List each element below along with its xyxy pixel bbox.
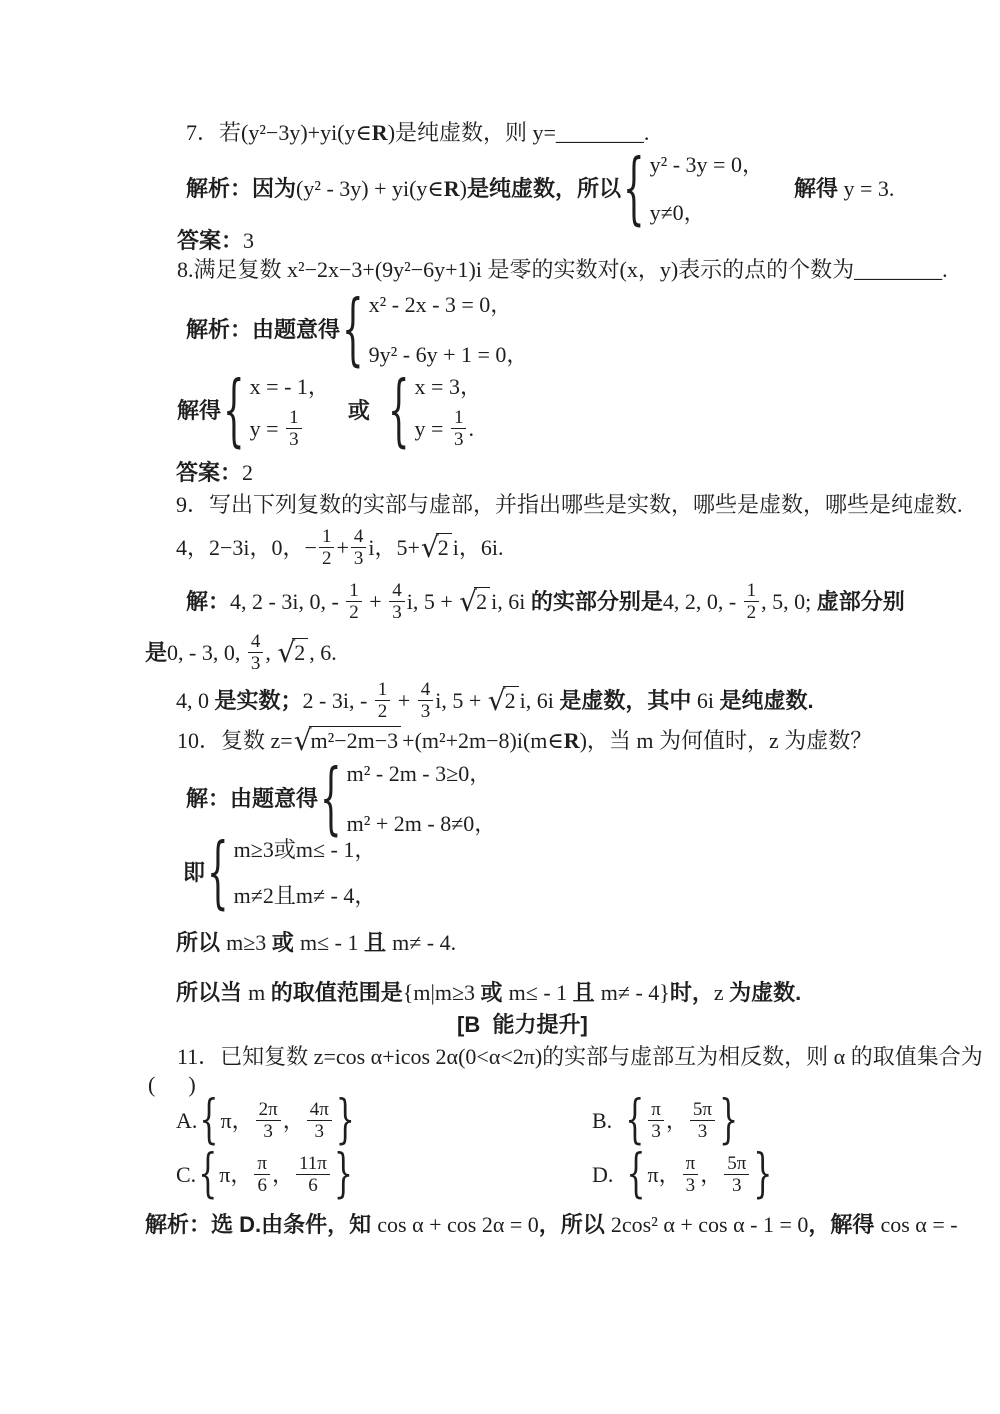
fraction-numerator: π [683,1153,699,1175]
text-segment: m≥3 [226,928,272,958]
text-segment: m [248,978,271,1008]
fraction-numerator: 1 [451,407,467,429]
fraction-numerator: 11π [296,1153,330,1175]
fraction-denominator: 3 [683,1175,699,1196]
text-run: 解得 y = 3. [794,174,894,204]
option-set: { π， π 6 ， 11π 6 } [196,1153,355,1196]
problem8-analysis: 解析：由题意得 { x² - 2x - 3 = 0， 9y² - 6y + 1 … [186,290,530,370]
left-brace-icon: { [198,1148,217,1201]
text-segment: 解： [186,587,230,617]
text-segment: 4, 2 - 3i, 0, - [230,587,344,617]
fraction: 4π 3 [307,1099,332,1142]
text-segment: 或 [272,928,300,958]
text-segment: 解析：因为 [186,174,296,204]
text-segment: 2cos² α + cos α - 1 = 0 [611,1210,808,1240]
problem9-solution-line1: 解：4, 2 - 3i, 0, - 1 2 + 4 3 i, 5 + √ 2 i… [186,580,905,623]
text-segment: {m|m≥3 [403,978,481,1008]
text-segment: 是纯虚数，所以 [467,174,621,204]
text-segment: + [392,686,415,716]
sqrt-radical: √ m²−2m−3 [294,726,401,756]
left-brace-icon: { [625,1094,644,1147]
problem10-question: 10．复数 z= √ m²−2m−3 +(m²+2m−8)i(m∈R)，当 m … [177,726,872,756]
text-segment: 11．已知复数 z=cos α+icos 2α(0<α<2π)的实部与虚部互为相… [177,1042,983,1072]
text-segment: y = [250,414,284,444]
text-run: 11．已知复数 z=cos α+icos 2α(0<α<2π)的实部与虚部互为相… [177,1042,983,1072]
text-segment: i，5+ [368,533,420,563]
text-segment: 是虚数，其中 [559,686,691,716]
fraction: 1 3 [451,407,467,450]
fraction-numerator: 4 [248,631,264,653]
text-run: 解：4, 2 - 3i, 0, - [186,587,344,617]
set-item: π， [647,1160,680,1190]
problem7-question: 7．若(y²−3y)+yi(y∈R)是纯虚数，则 y=________. [186,118,649,148]
text-segment: 解析：由题意得 [186,315,340,345]
problem9-question: 9．写出下列复数的实部与虚部，并指出哪些是实数，哪些是虚数，哪些是纯虚数. [176,490,963,520]
text-segment: , 6. [309,638,337,668]
system-rows: x² - 2x - 3 = 0， 9y² - 6y + 1 = 0， [369,290,529,370]
fraction-denominator: 2 [319,548,335,569]
text-segment: R [444,174,460,204]
right-brace-icon: } [334,1148,353,1201]
fraction-denominator: 6 [305,1175,321,1196]
text-segment: (y² - 3y) + yi(y∈ [296,174,444,204]
fraction-denominator: 3 [351,548,367,569]
text-segment: 即 [183,858,205,888]
equation-system: { y² - 3y = 0， y≠0， [623,150,764,228]
set-item: π， [219,1160,252,1190]
equation-system: { x = - 1， y = 1 3 [223,372,330,450]
left-brace-icon: { [342,291,364,369]
text-segment: [B 能力提升] [457,1010,588,1040]
problem10-conclusion2: 所以当 m 的取值范围是{m|m≥3 或 m≤ - 1 且 m≠ - 4}时，z… [176,978,801,1008]
option-set: { π， 2π 3 ， 4π 3 } [197,1099,357,1142]
fraction-denominator: 2 [346,602,362,623]
radicand: m²−2m−3 [309,726,402,756]
fraction: 11π 6 [296,1153,330,1196]
fraction-numerator: 1 [375,679,391,701]
left-brace-icon: { [223,372,245,450]
equation: x = 3， [415,372,482,402]
problem9-list: 4，2−3i，0，− 1 2 + 4 3 i，5+ √ 2 i，6i. [176,526,503,569]
text-segment: m≤ - 1 [300,928,364,958]
fraction: 4 3 [248,631,264,674]
system-rows: x = 3， y = 1 3 . [415,372,482,450]
fraction-denominator: 3 [389,602,405,623]
set-separator: ， [700,1160,722,1190]
text-segment: i, 6i [491,587,531,617]
equation: m≥3或m≤ - 1， [234,835,377,865]
sqrt-radical: √ 2 [488,686,519,716]
text-run: +(m²+2m−8)i(m∈R)，当 m 为何值时，z 为虚数？ [402,726,872,756]
fraction-denominator: 3 [312,1121,328,1142]
problem9-solution-line2: 是0, - 3, 0, 4 3 , √ 2 , 6. [145,631,337,674]
sqrt-radical: √ 2 [459,587,490,617]
text-run: 8.满足复数 x²−2x−3+(9y²−6y+1)i 是零的实数对(x，y)表示… [177,255,948,285]
right-brace-icon: } [336,1094,355,1147]
fraction-numerator: 5π [724,1153,749,1175]
text-run: ( ) [148,1070,196,1100]
text-segment: 8.满足复数 x²−2x−3+(9y²−6y+1)i 是零的实数对(x，y)表示… [177,255,948,285]
problem10-conclusion1: 所以 m≥3 或 m≤ - 1 且 m≠ - 4. [176,928,456,958]
option-label: A. [176,1106,197,1136]
text-segment: R [372,118,388,148]
fraction-denominator: 3 [451,429,467,450]
text-segment: +(m²+2m−8)i(m∈ [402,726,564,756]
problem8-solution: 解得 { x = - 1， y = 1 3 或 { x = 3， y = [177,372,484,450]
text-run: 即 [183,858,205,888]
fraction: π 6 [254,1153,270,1196]
option-set: { π， π 3 ， 5π 3 } [624,1153,774,1196]
problem7-answer: 答案：3 [177,226,254,256]
fraction: 1 2 [744,580,760,623]
fraction-denominator: 3 [286,429,302,450]
text-segment: 时， [670,978,714,1008]
right-brace-icon: } [753,1148,772,1201]
fraction-numerator: 4 [418,679,434,701]
text-segment: m≠ - 4} [601,978,670,1008]
set-separator: ， [666,1106,688,1136]
fraction-denominator: 6 [254,1175,270,1196]
text-segment: ) [460,174,467,204]
left-brace-icon: { [626,1148,645,1201]
text-segment: m≠ - 4. [392,928,456,958]
text-segment: , 5, 0; [761,587,817,617]
left-brace-icon: { [207,834,229,912]
text-segment: y = [415,414,449,444]
text-run: [B 能力提升] [457,1010,588,1040]
text-run: i, 6i 的实部分别是4, 2, 0, - [491,587,742,617]
text-segment: 且 [364,928,392,958]
or-connector: 或 [348,396,370,426]
text-segment: 为虚数. [729,978,801,1008]
text-segment: )是纯虚数，则 y=________. [388,118,650,148]
radicand: 2 [436,533,452,563]
text-segment: ，解得 [808,1210,880,1240]
text-segment: cos α = - [880,1210,957,1240]
fraction-denominator: 3 [695,1121,711,1142]
text-run: 解得 [177,396,221,426]
option-set: { π 3 ， 5π 3 } [623,1099,740,1142]
text-segment: i，6i. [453,533,504,563]
text-segment: m≤ - 1 [509,978,573,1008]
text-segment: 的取值范围是 [271,978,403,1008]
equation: x² - 2x - 3 = 0， [369,290,513,320]
equation: x = - 1， [250,372,330,402]
text-run: 解析：选 D.由条件，知 cos α + cos 2α = 0，所以 2cos²… [145,1210,958,1240]
text-segment: )，当 m 为何值时，z 为虚数？ [580,726,873,756]
fraction-numerator: 1 [346,580,362,602]
text-segment: , [265,638,276,668]
fraction-numerator: π [254,1153,270,1175]
worksheet-page: 7．若(y²−3y)+yi(y∈R)是纯虚数，则 y=________. 解析：… [0,0,1000,1414]
equation-system: { x² - 2x - 3 = 0， 9y² - 6y + 1 = 0， [342,290,528,370]
option-label: C. [176,1160,196,1190]
text-segment: i, 5 + [407,587,459,617]
left-brace-icon: { [623,150,645,228]
left-brace-icon: { [320,760,342,838]
problem9-solution-line3: 4, 0 是实数；2 - 3i, - 1 2 + 4 3 i, 5 + √ 2 … [176,679,814,722]
system-rows: m≥3或m≤ - 1， m≠2且m≠ - 4， [234,835,377,911]
radicand: 2 [474,587,490,617]
problem8-question: 8.满足复数 x²−2x−3+(9y²−6y+1)i 是零的实数对(x，y)表示… [177,255,948,285]
text-segment: 且 [573,978,601,1008]
text-run: 所以当 m 的取值范围是{m|m≥3 或 m≤ - 1 且 m≠ - 4}时，z… [176,978,801,1008]
equation-system: { m≥3或m≤ - 1， m≠2且m≠ - 4， [207,835,376,911]
text-segment: 由条件，知 [261,1210,377,1240]
text-run: 解析：由题意得 [186,315,340,345]
system-rows: y² - 3y = 0， y≠0， [650,150,764,228]
fraction-numerator: 5π [690,1099,715,1121]
fraction: π 3 [648,1099,664,1142]
text-segment: ( ) [148,1070,196,1100]
system-rows: x = - 1， y = 1 3 [250,372,330,450]
text-segment: 2 [242,458,253,488]
fraction: 5π 3 [690,1099,715,1142]
radicand: 2 [503,686,519,716]
sqrt-radical: √ 2 [277,638,308,668]
fraction: 4 3 [418,679,434,722]
fraction: 4 3 [389,580,405,623]
option-c: C. { π， π 6 ， 11π 6 } [176,1153,355,1196]
set-separator: ， [272,1160,294,1190]
text-run: 9．写出下列复数的实部与虚部，并指出哪些是实数，哪些是虚数，哪些是纯虚数. [176,490,963,520]
fraction: 2π 3 [256,1099,281,1142]
fraction-denominator: 3 [418,701,434,722]
fraction: 1 2 [346,580,362,623]
fraction-numerator: 1 [744,580,760,602]
problem10-solution-system1: 解：由题意得 { m² - 2m - 3≥0， m² + 2m - 8≠0， [186,759,498,839]
text-run: 4, 0 是实数；2 - 3i, - [176,686,373,716]
text-run: 解：由题意得 [186,784,318,814]
text-run: 答案：2 [176,458,253,488]
set-separator: ， [283,1106,305,1136]
fraction: 1 2 [375,679,391,722]
problem8-answer: 答案：2 [176,458,253,488]
text-run: 解析：因为(y² - 3y) + yi(y∈R)是纯虚数，所以 [186,174,621,204]
text-segment: 解得 [794,174,838,204]
text-segment: R [564,726,580,756]
equation: y = 1 3 . [415,407,474,450]
fraction-denominator: 3 [648,1121,664,1142]
text-segment: 所以 [176,928,226,958]
fraction-numerator: 4π [307,1099,332,1121]
option-a: A. { π， 2π 3 ， 4π 3 } [176,1099,357,1142]
equation-system: { m² - 2m - 3≥0， m² + 2m - 8≠0， [320,759,496,839]
equation: m≠2且m≠ - 4， [234,881,377,911]
fraction: 4 3 [351,526,367,569]
text-segment: 解得 [177,396,221,426]
fraction-denominator: 2 [744,602,760,623]
text-segment: 4，2−3i，0，− [176,533,317,563]
text-segment: cos α + cos 2α = 0 [377,1210,539,1240]
left-brace-icon: { [199,1094,218,1147]
text-segment: 或 [481,978,509,1008]
text-run: i, 6i 是虚数，其中 6i 是纯虚数. [520,686,814,716]
fraction-numerator: 1 [319,526,335,548]
text-run: 所以 m≥3 或 m≤ - 1 且 m≠ - 4. [176,928,456,958]
equation: m² - 2m - 3≥0， [347,759,492,789]
text-segment: 解析：选 D. [145,1210,261,1240]
option-label: D. [592,1160,613,1190]
fraction-numerator: π [648,1099,664,1121]
text-segment: z [714,978,729,1008]
text-segment: 9．写出下列复数的实部与虚部，并指出哪些是实数，哪些是虚数，哪些是纯虚数. [176,490,963,520]
problem10-solution-system2: 即 { m≥3或m≤ - 1， m≠2且m≠ - 4， [183,835,378,911]
text-segment: 10．复数 z= [177,726,293,756]
text-segment: 所以当 [176,978,248,1008]
section-b-header: [B 能力提升] [457,1010,588,1040]
fraction-denominator: 3 [248,653,264,674]
text-segment: i, 5 + [435,686,487,716]
spacer [613,1160,624,1190]
fraction: 1 3 [286,407,302,450]
text-segment: 是纯虚数. [719,686,813,716]
equation: y = 1 3 [250,407,304,450]
text-run: 10．复数 z= [177,726,293,756]
text-segment: 6i [691,686,719,716]
option-b: B. { π 3 ， 5π 3 } [592,1099,740,1142]
text-segment: + [336,533,348,563]
text-run: 7．若(y²−3y)+yi(y∈R)是纯虚数，则 y=________. [186,118,649,148]
equation-system: { x = 3， y = 1 3 . [388,372,482,450]
text-run: 是0, - 3, 0, [145,638,246,668]
problem7-analysis: 解析：因为(y² - 3y) + yi(y∈R)是纯虚数，所以 { y² - 3… [186,150,894,228]
left-brace-icon: { [388,372,410,450]
text-segment: . [468,414,474,444]
spacer [612,1106,623,1136]
text-segment: 2 - 3i, - [303,686,373,716]
text-segment: ，所以 [539,1210,611,1240]
text-segment: i, 6i [520,686,560,716]
text-segment: 的实部分别是 [531,587,663,617]
fraction: 1 2 [319,526,335,569]
problem11-question: 11．已知复数 z=cos α+icos 2α(0<α<2π)的实部与虚部互为相… [177,1042,983,1072]
fraction: π 3 [683,1153,699,1196]
equation: y≠0， [650,198,706,228]
text-segment: 虚部分别 [817,587,905,617]
text-segment: 答案： [176,458,242,488]
fraction-denominator: 3 [260,1121,276,1142]
fraction-numerator: 4 [389,580,405,602]
text-segment: 4, 2, 0, - [663,587,742,617]
radicand: 2 [292,638,308,668]
text-segment: 解：由题意得 [186,784,318,814]
fraction-numerator: 4 [351,526,367,548]
fraction: 5π 3 [724,1153,749,1196]
text-segment: 4, 0 [176,686,215,716]
text-segment: 0, - 3, 0, [167,638,246,668]
text-segment: 是 [145,638,167,668]
text-run: 答案：3 [177,226,254,256]
fraction-denominator: 2 [375,701,391,722]
option-d: D. { π， π 3 ， 5π 3 } [592,1153,774,1196]
text-segment: y = 3. [838,174,894,204]
fraction-denominator: 3 [729,1175,745,1196]
text-run: , 5, 0; 虚部分别 [761,587,905,617]
right-brace-icon: } [719,1094,738,1147]
fraction-numerator: 1 [286,407,302,429]
option-label: B. [592,1106,612,1136]
text-segment: 答案： [177,226,243,256]
problem11-answer-parens: ( ) [148,1070,196,1100]
text-segment: + [364,587,387,617]
sqrt-radical: √ 2 [421,533,452,563]
problem11-analysis: 解析：选 D.由条件，知 cos α + cos 2α = 0，所以 2cos²… [145,1210,958,1240]
set-item: π， [220,1106,253,1136]
system-rows: m² - 2m - 3≥0， m² + 2m - 8≠0， [347,759,497,839]
text-segment: 3 [243,226,254,256]
fraction-numerator: 2π [256,1099,281,1121]
text-segment: 是实数； [215,686,303,716]
equation: y² - 3y = 0， [650,150,764,180]
text-segment: 7．若(y²−3y)+yi(y∈ [186,118,372,148]
